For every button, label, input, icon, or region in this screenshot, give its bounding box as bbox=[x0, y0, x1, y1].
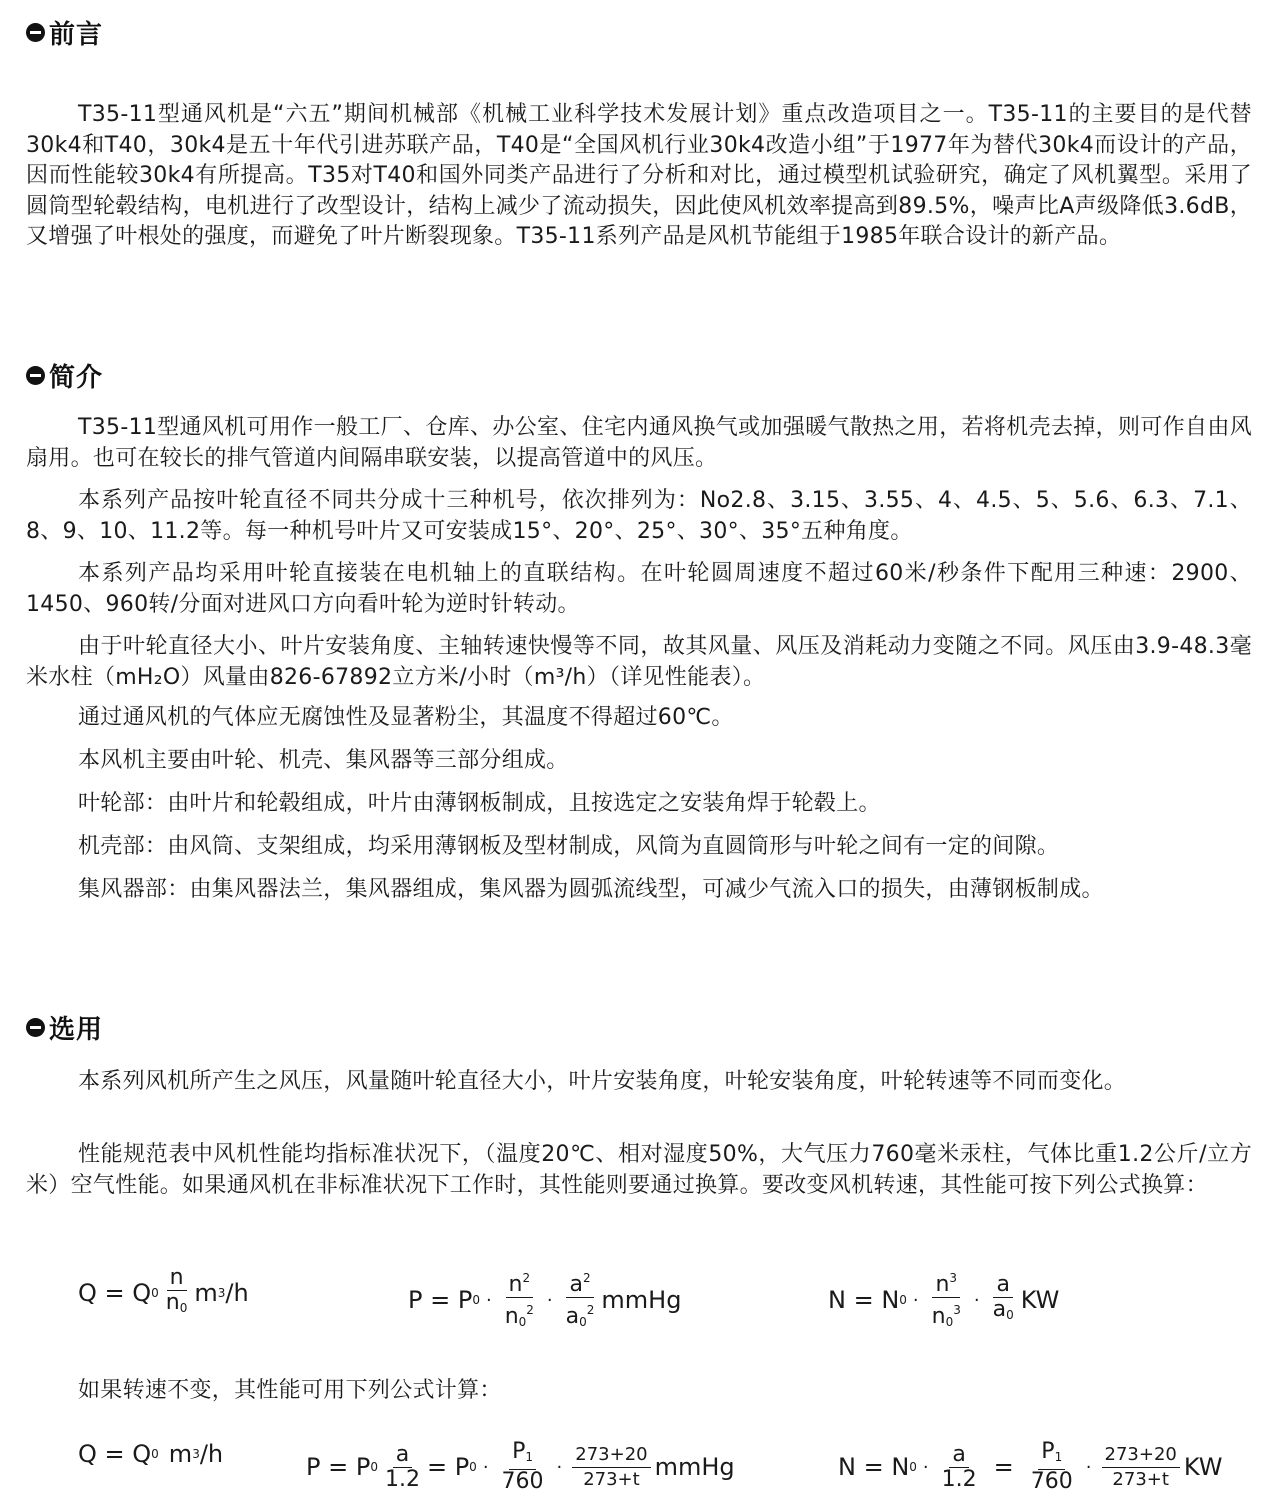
intro-paragraph: 叶轮部：由叶片和轮毂组成，叶片由薄钢板制成，且按选定之安装角焊于轮毂上。 bbox=[78, 789, 1252, 820]
formula-p-constant-speed: P = P0 a1.2 = P0 · P1760 · 273+20273+t m… bbox=[306, 1440, 735, 1494]
minus-circle-icon bbox=[26, 366, 45, 385]
section-title: 简介 bbox=[49, 357, 103, 394]
section-title: 选用 bbox=[49, 1009, 103, 1046]
minus-circle-icon bbox=[26, 1018, 45, 1037]
formula-n-constant-speed: N = N0 · a1.2 = P1760 · 273+20273+t KW bbox=[838, 1440, 1222, 1494]
section-heading-selection: 选用 bbox=[26, 1009, 103, 1046]
intro-paragraph: 通过通风机的气体应无腐蚀性及显著粉尘，其温度不得超过60℃。 bbox=[78, 703, 1252, 734]
formula-p-speed-change: P = P0 · n2n02 · a2a02 mmHg bbox=[408, 1266, 681, 1334]
formula-q-speed-change: Q = Q0 nn0 m3/h bbox=[78, 1266, 249, 1320]
formula-q-constant-speed: Q = Q0 m3/h bbox=[78, 1440, 223, 1468]
selection-paragraph: 性能规范表中风机性能均指标准状况下，（温度20℃、相对湿度50%，大气压力760… bbox=[26, 1140, 1252, 1201]
intro-paragraph: 本系列产品均采用叶轮直接装在电机轴上的直联结构。在叶轮圆周速度不超过60米/秒条… bbox=[26, 559, 1252, 620]
intro-paragraph: 本风机主要由叶轮、机壳、集风器等三部分组成。 bbox=[78, 746, 1252, 777]
minus-circle-icon bbox=[26, 23, 45, 42]
selection-paragraph: 本系列风机所产生之风压，风量随叶轮直径大小，叶片安装角度，叶轮安装角度，叶轮转速… bbox=[26, 1067, 1252, 1098]
preface-paragraph: T35-11型通风机是“六五”期间机械部《机械工业科学技术发展计划》重点改造项目… bbox=[26, 100, 1252, 253]
section-title: 前言 bbox=[49, 14, 103, 51]
section-heading-preface: 前言 bbox=[26, 14, 103, 51]
selection-paragraph: 如果转速不变，其性能可用下列公式计算： bbox=[78, 1376, 1252, 1407]
intro-paragraph: 机壳部：由风筒、支架组成，均采用薄钢板及型材制成，风筒为直圆筒形与叶轮之间有一定… bbox=[78, 832, 1252, 863]
intro-paragraph: 集风器部：由集风器法兰，集风器组成，集风器为圆弧流线型，可减少气流入口的损失，由… bbox=[78, 875, 1252, 906]
formula-n-speed-change: N = N0 · n3n03 · aa0 KW bbox=[828, 1266, 1059, 1334]
section-heading-intro: 简介 bbox=[26, 357, 103, 394]
intro-paragraph: 本系列产品按叶轮直径不同共分成十三种机号，依次排列为：No2.8、3.15、3.… bbox=[26, 486, 1252, 547]
intro-paragraph: 由于叶轮直径大小、叶片安装角度、主轴转速快慢等不同，故其风量、风压及消耗动力变随… bbox=[26, 632, 1252, 693]
intro-paragraph: T35-11型通风机可用作一般工厂、仓库、办公室、住宅内通风换气或加强暖气散热之… bbox=[26, 413, 1252, 474]
